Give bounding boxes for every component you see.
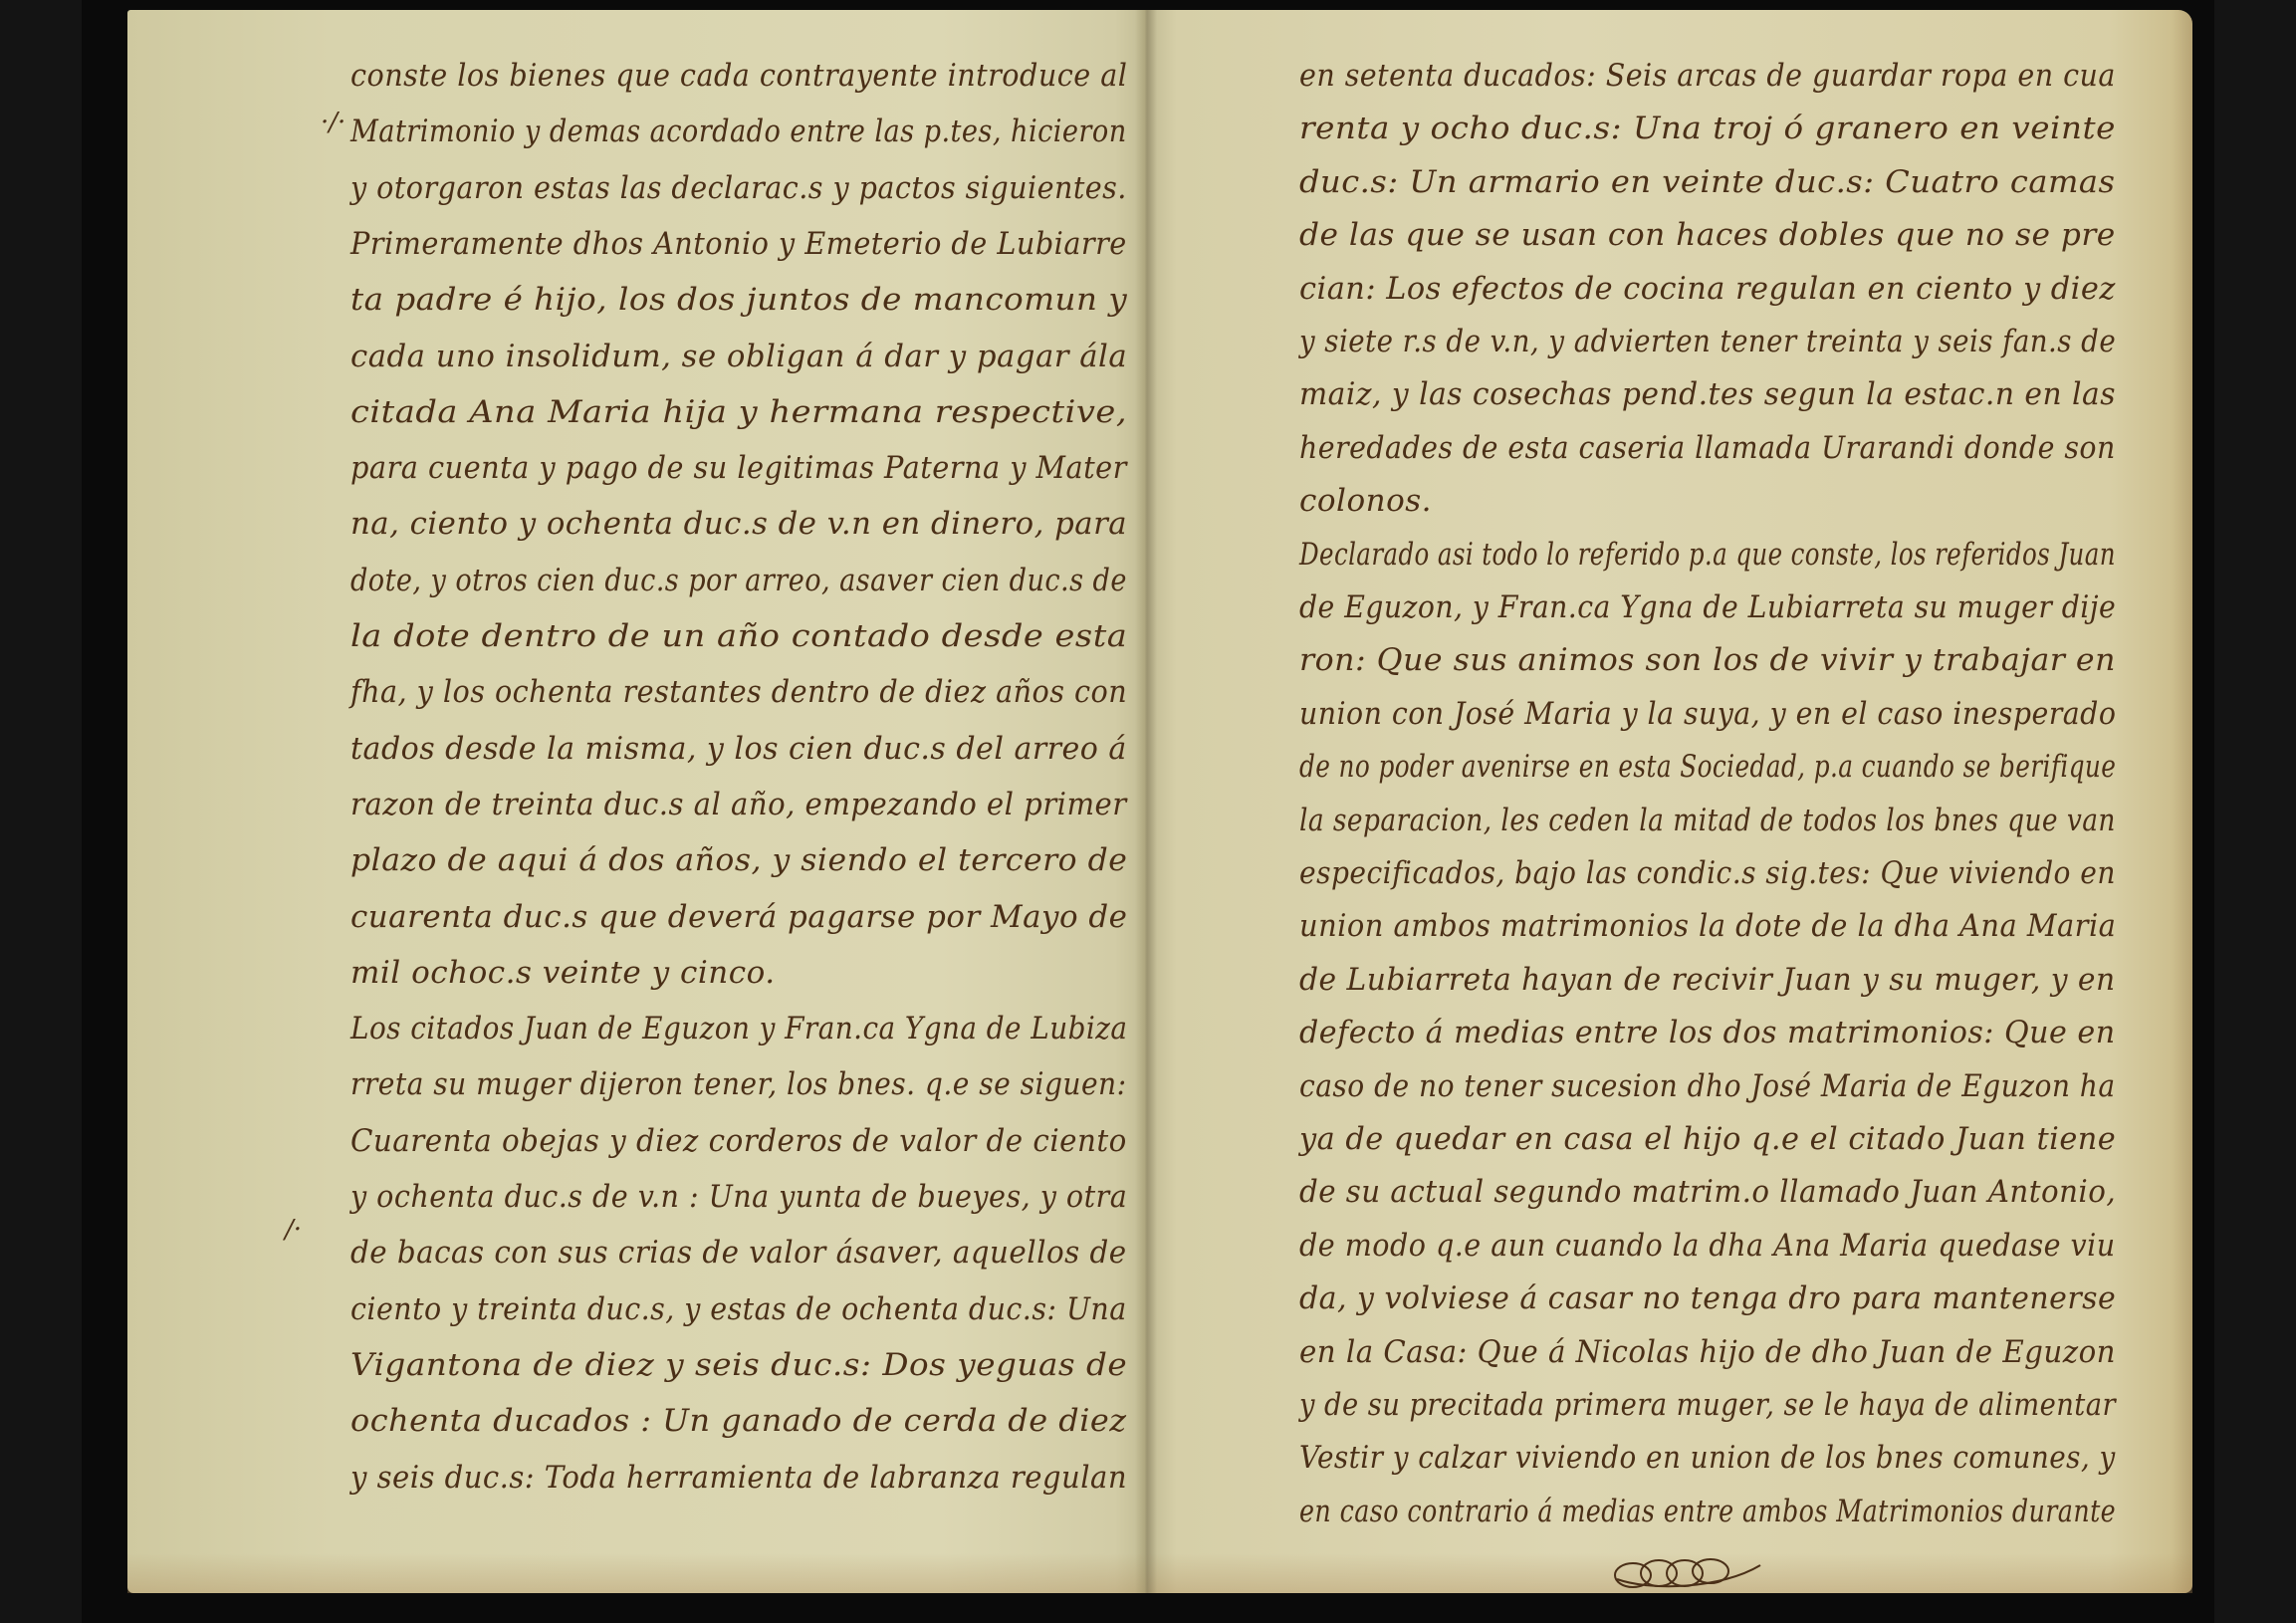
manuscript-line: la separacion, les ceden la mitad de tod… <box>1299 803 2116 838</box>
manuscript-line: Vestir y calzar viviendo en union de los… <box>1299 1440 2116 1476</box>
manuscript-line: en la Casa: Que á Nicolas hijo de dho Ju… <box>1299 1334 2116 1370</box>
manuscript-line: ron: Que sus animos son los de vivir y t… <box>1299 642 2116 678</box>
manuscript-line: tados desde la misma, y los cien duc.s d… <box>350 731 1127 767</box>
manuscript-line: Primeramente dhos Antonio y Emeterio de … <box>350 226 1127 262</box>
manuscript-line: cian: Los efectos de cocina regulan en c… <box>1299 271 2116 307</box>
manuscript-line: y ochenta duc.s de v.n : Una yunta de bu… <box>350 1179 1127 1215</box>
manuscript-line: union con José Maria y la suya, y en el … <box>1299 696 2116 732</box>
manuscript-line: ta padre é hijo, los dos juntos de manco… <box>350 282 1127 318</box>
manuscript-line: colonos. <box>1299 483 1432 519</box>
page-stain <box>127 1553 1145 1593</box>
manuscript-line: de las que se usan con haces dobles que … <box>1299 217 2116 253</box>
manuscript-line: ochenta ducados : Un ganado de cerda de … <box>350 1403 1127 1439</box>
manuscript-line: ya de quedar en casa el hijo q.e el cita… <box>1299 1121 2116 1157</box>
manuscript-line: la dote dentro de un año contado desde e… <box>350 618 1127 654</box>
manuscript-line: maiz, y las cosechas pend.tes segun la e… <box>1299 376 2116 412</box>
manuscript-line: de modo q.e aun cuando la dha Ana Maria … <box>1299 1228 2116 1264</box>
manuscript-line: da, y volviese á casar no tenga dro para… <box>1299 1280 2116 1316</box>
manuscript-line: union ambos matrimonios la dote de la dh… <box>1299 908 2116 944</box>
manuscript-line: citada Ana Maria hija y hermana respecti… <box>350 394 1127 430</box>
manuscript-line: de Eguzon, y Fran.ca Ygna de Lubiarreta … <box>1299 589 2116 625</box>
manuscript-line: plazo de aqui á dos años, y siendo el te… <box>350 842 1127 878</box>
manuscript-line: y otorgaron estas las declarac.s y pacto… <box>350 170 1127 206</box>
manuscript-line: Matrimonio y demas acordado entre las p.… <box>350 114 1127 149</box>
manuscript-line: y de su precitada primera muger, se le h… <box>1299 1387 2116 1423</box>
manuscript-line: Los citados Juan de Eguzon y Fran.ca Ygn… <box>350 1011 1127 1046</box>
manuscript-line: de bacas con sus crias de valor ásaver, … <box>350 1235 1127 1271</box>
manuscript-line: fha, y los ochenta restantes dentro de d… <box>350 674 1127 710</box>
manuscript-line: de su actual segundo matrim.o llamado Ju… <box>1299 1174 2116 1210</box>
manuscript-line: duc.s: Un armario en veinte duc.s: Cuatr… <box>1299 164 2115 200</box>
manuscript-line: de no poder avenirse en esta Sociedad, p… <box>1299 749 2116 785</box>
manuscript-line: defecto á medias entre los dos matrimoni… <box>1299 1015 2116 1050</box>
manuscript-line: cada uno insolidum, se obligan á dar y p… <box>350 339 1127 374</box>
manuscript-line: cuarenta duc.s que deverá pagarse por Ma… <box>350 899 1127 935</box>
manuscript-line: caso de no tener sucesion dho José Maria… <box>1299 1068 2116 1104</box>
manuscript-line: Vigantona de diez y seis duc.s: Dos yegu… <box>350 1347 1127 1383</box>
manuscript-line: en caso contrario á medias entre ambos M… <box>1299 1494 2116 1529</box>
manuscript-line: especificados, bajo las condic.s sig.tes… <box>1299 855 2116 891</box>
manuscript-line: rreta su muger dijeron tener, los bnes. … <box>350 1066 1127 1102</box>
manuscript-line: conste los bienes que cada contrayente i… <box>350 58 1127 94</box>
manuscript-line: Cuarenta obejas y diez corderos de valor… <box>350 1123 1127 1159</box>
manuscript-line: y siete r.s de v.n, y advierten tener tr… <box>1299 324 2116 359</box>
book-spine <box>1135 10 1157 1593</box>
manuscript-line: heredades de esta caseria llamada Uraran… <box>1299 430 2116 466</box>
manuscript-line: dote, y otros cien duc.s por arreo, asav… <box>350 563 1127 598</box>
manuscript-line: mil ochoc.s veinte y cinco. <box>350 955 776 991</box>
manuscript-line: de Lubiarreta hayan de recivir Juan y su… <box>1299 962 2116 998</box>
margin-mark: ·/· <box>321 108 345 137</box>
manuscript-line: para cuenta y pago de su legitimas Pater… <box>350 450 1127 486</box>
manuscript-line: Declarado asi todo lo referido p.a que c… <box>1299 537 2116 573</box>
margin-mark: /· <box>285 1215 302 1245</box>
manuscript-line: en setenta ducados: Seis arcas de guarda… <box>1299 58 2116 94</box>
signature-flourish-icon <box>1611 1555 1770 1591</box>
manuscript-line: renta y ocho duc.s: Una troj ó granero e… <box>1299 111 2116 146</box>
manuscript-line: ciento y treinta duc.s, y estas de ochen… <box>350 1291 1127 1327</box>
manuscript-line: na, ciento y ochenta duc.s de v.n en din… <box>350 506 1127 542</box>
manuscript-line: y seis duc.s: Toda herramienta de labran… <box>350 1460 1127 1496</box>
manuscript-line: razon de treinta duc.s al año, empezando… <box>350 787 1127 822</box>
